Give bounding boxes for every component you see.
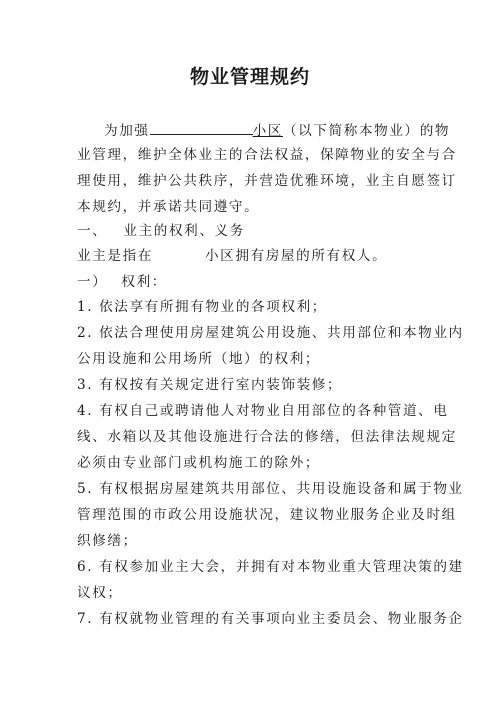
intro-line-1: 为加强小区（以下简称本物业）的物 (104, 120, 450, 140)
definition-rest: 小区拥有房屋的所有权人。 (205, 248, 387, 264)
definition-prefix: 业主是指在 (77, 248, 153, 264)
intro-community: 小区 (253, 123, 283, 139)
document-title: 物业管理规约 (0, 62, 500, 89)
right-item-2-line-2: 公用设施和公用场所（地）的权利； (77, 350, 320, 368)
document-page: 物业管理规约 为加强小区（以下简称本物业）的物 业管理，维护全体业主的合法权益，… (0, 0, 500, 707)
intro-line-1-rest: （以下简称本物业）的物 (283, 123, 450, 139)
intro-line-2: 业管理，维护全体业主的合法权益，保障物业的安全与合 (77, 146, 457, 164)
right-item-5-line-1: 5. 有权根据房屋建筑共用部位、共用设施设备和属于物业 (77, 480, 464, 498)
subsection-title: 权利： (121, 274, 167, 290)
right-item-5-line-3: 织修缮； (77, 532, 138, 550)
subsection-heading: 一）权利： (77, 273, 167, 291)
right-item-6-line-1: 6. 有权参加业主大会，并拥有对本物业重大管理决策的建 (77, 558, 464, 576)
right-item-5-line-2: 管理范围的市政公用设施状况，建议物业服务企业及时组 (77, 506, 457, 524)
right-item-2-line-1: 2. 依法合理使用房屋建筑公用设施、共用部位和本物业内 (77, 324, 464, 342)
intro-line-3: 理使用，维护公共秩序，并营造优雅环境，业主自愿签订 (77, 172, 457, 190)
owner-definition: 业主是指在小区拥有房屋的所有权人。 (77, 247, 387, 265)
section-title: 业主的权利、义务 (123, 223, 245, 239)
intro-line-4: 本规约，并承诺共同遵守。 (77, 198, 259, 216)
intro-prefix: 为加强 (104, 123, 150, 139)
subsection-number: 一） (77, 274, 107, 290)
right-item-1: 1. 依法享有所拥有物业的各项权利； (77, 298, 327, 316)
right-item-4-line-1: 4. 有权自己或聘请他人对物业自用部位的各种管道、电 (77, 402, 449, 420)
right-item-3: 3. 有权按有关规定进行室内装饰装修； (77, 376, 342, 394)
section-number: 一、 (77, 223, 107, 239)
section-heading: 一、业主的权利、义务 (77, 222, 245, 240)
right-item-4-line-2: 线、水箱以及其他设施进行合法的修缮，但法律法规规定 (77, 428, 457, 446)
community-name-blank (150, 120, 253, 135)
right-item-6-line-2: 议权； (77, 584, 123, 602)
right-item-4-line-3: 必须由专业部门或机构施工的除外； (77, 454, 320, 472)
right-item-7-line-1: 7. 有权就物业管理的有关事项向业主委员会、物业服务企 (77, 610, 464, 628)
